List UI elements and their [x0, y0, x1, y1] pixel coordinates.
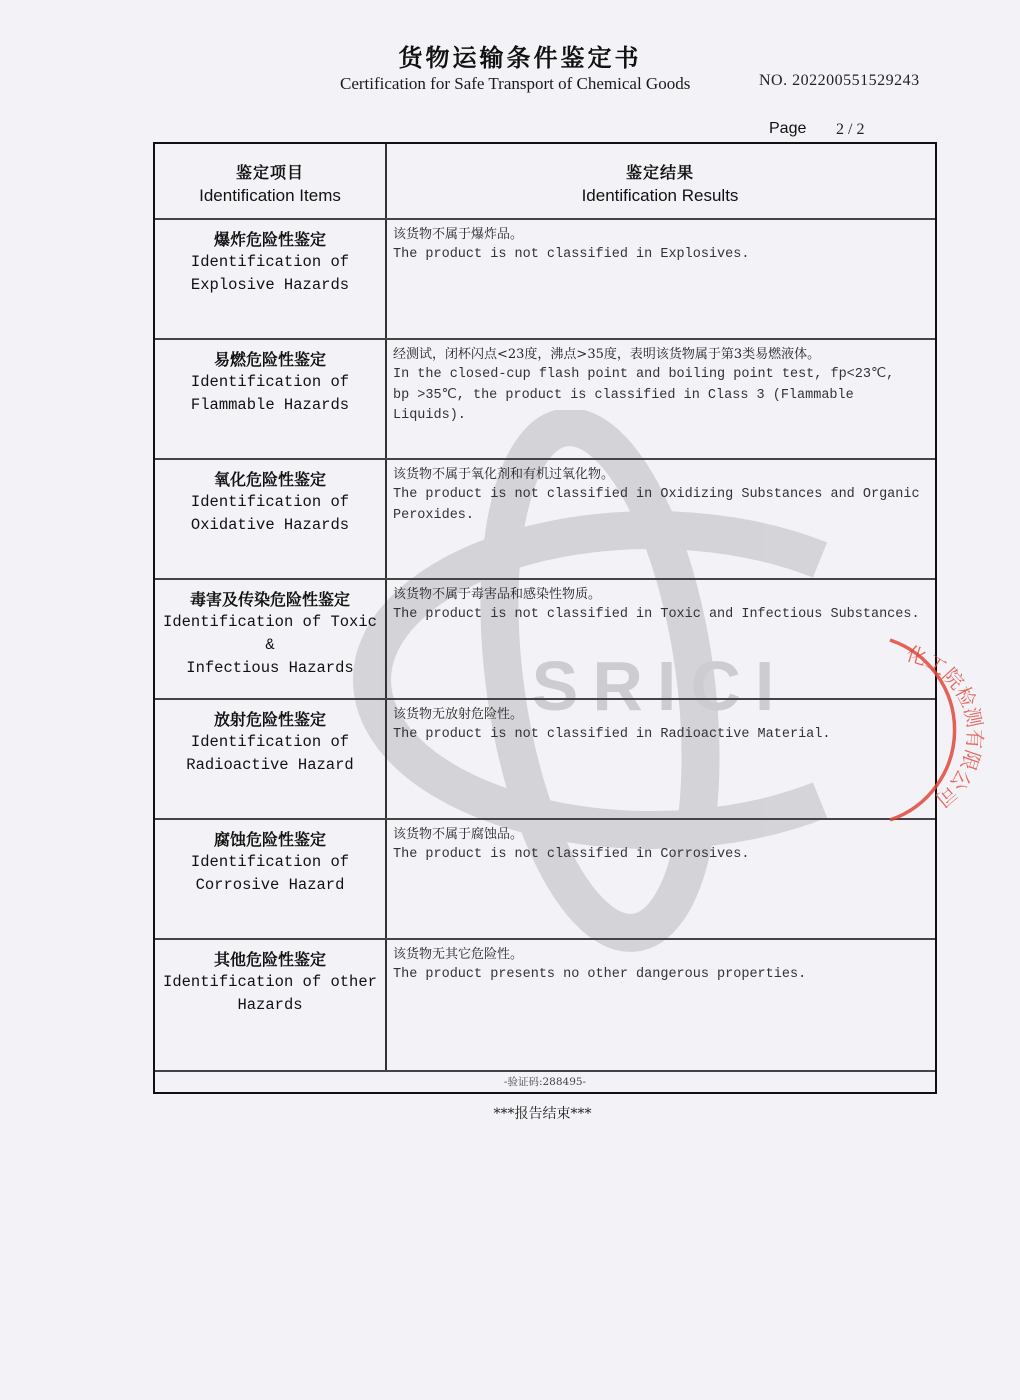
- verification-code: -验证码:288495-: [155, 1074, 935, 1089]
- item-name-en: Identification of other: [155, 971, 385, 994]
- page-number: 2 / 2: [836, 121, 864, 139]
- result-text-cn: 经测试，闭杯闪点<23度，沸点>35度，表明该货物属于第3类易燃液体。: [393, 344, 933, 365]
- item-name-en: Infectious Hazards: [155, 657, 385, 680]
- item-name-cn: 腐蚀危险性鉴定: [155, 829, 385, 851]
- row-divider: [155, 698, 935, 700]
- table-row-item: 氧化危险性鉴定Identification ofOxidative Hazard…: [155, 469, 385, 537]
- item-name-cn: 爆炸危险性鉴定: [155, 229, 385, 251]
- result-text-en: The product is not classified in Toxic a…: [393, 605, 933, 626]
- item-name-en: Identification of: [155, 371, 385, 394]
- row-divider: [155, 818, 935, 820]
- item-name-en: Hazards: [155, 994, 385, 1017]
- table-row-item: 其他危险性鉴定Identification of otherHazards: [155, 949, 385, 1017]
- table-row-result: 该货物无其它危险性。The product presents no other …: [393, 944, 933, 986]
- result-text-en: Peroxides.: [393, 506, 933, 527]
- item-name-en: Identification of Toxic &: [155, 611, 385, 657]
- table-row-item: 爆炸危险性鉴定Identification ofExplosive Hazard…: [155, 229, 385, 297]
- item-name-cn: 氧化危险性鉴定: [155, 469, 385, 491]
- row-divider: [155, 578, 935, 580]
- item-name-cn: 毒害及传染危险性鉴定: [155, 589, 385, 611]
- table-row-result: 该货物不属于毒害品和感染性物质。The product is not class…: [393, 584, 933, 626]
- item-name-en: Oxidative Hazards: [155, 514, 385, 537]
- item-name-en: Identification of: [155, 251, 385, 274]
- result-text-cn: 该货物不属于毒害品和感染性物质。: [393, 584, 933, 605]
- page-label: Page: [769, 120, 806, 138]
- certificate-number: NO. 202200551529243: [759, 72, 920, 90]
- row-divider: [155, 218, 935, 220]
- identification-table: 鉴定项目 Identification Items 鉴定结果 Identific…: [153, 142, 937, 1094]
- header-identification-results: 鉴定结果 Identification Results: [385, 160, 935, 206]
- item-name-en: Radioactive Hazard: [155, 754, 385, 777]
- item-name-cn: 其他危险性鉴定: [155, 949, 385, 971]
- result-text-en: The product is not classified in Explosi…: [393, 245, 933, 266]
- certificate-page: SRICI 货物运输条件鉴定书 Certification for Safe T…: [0, 0, 1020, 1400]
- table-row-result: 该货物无放射危险性。The product is not classified …: [393, 704, 933, 746]
- item-name-en: Flammable Hazards: [155, 394, 385, 417]
- table-row-result: 该货物不属于腐蚀品。The product is not classified …: [393, 824, 933, 866]
- result-text-en: The product presents no other dangerous …: [393, 965, 933, 986]
- table-row-result: 该货物不属于氧化剂和有机过氧化物。The product is not clas…: [393, 464, 933, 526]
- item-name-en: Corrosive Hazard: [155, 874, 385, 897]
- row-divider: [155, 458, 935, 460]
- table-row-item: 易燃危险性鉴定Identification ofFlammable Hazard…: [155, 349, 385, 417]
- result-text-en: The product is not classified in Corrosi…: [393, 845, 933, 866]
- table-row-result: 经测试，闭杯闪点<23度，沸点>35度，表明该货物属于第3类易燃液体。In th…: [393, 344, 933, 427]
- result-text-cn: 该货物无其它危险性。: [393, 944, 933, 965]
- result-text-en: bp >35℃, the product is classified in Cl…: [393, 386, 933, 427]
- result-text-cn: 该货物无放射危险性。: [393, 704, 933, 725]
- header-identification-items: 鉴定项目 Identification Items: [155, 160, 385, 206]
- result-text-en: In the closed-cup flash point and boilin…: [393, 365, 933, 386]
- document-title-en: Certification for Safe Transport of Chem…: [340, 74, 690, 94]
- item-name-cn: 易燃危险性鉴定: [155, 349, 385, 371]
- document-title-cn: 货物运输条件鉴定书: [0, 38, 1020, 73]
- item-name-en: Identification of: [155, 851, 385, 874]
- table-row-item: 放射危险性鉴定Identification ofRadioactive Haza…: [155, 709, 385, 777]
- item-name-en: Identification of: [155, 731, 385, 754]
- item-name-en: Identification of: [155, 491, 385, 514]
- column-divider: [385, 144, 387, 1071]
- result-text-cn: 该货物不属于爆炸品。: [393, 224, 933, 245]
- report-end-mark: ***报告结束***: [0, 1103, 1020, 1123]
- table-row-item: 腐蚀危险性鉴定Identification ofCorrosive Hazard: [155, 829, 385, 897]
- table-row-result: 该货物不属于爆炸品。The product is not classified …: [393, 224, 933, 266]
- row-divider: [155, 938, 935, 940]
- item-name-en: Explosive Hazards: [155, 274, 385, 297]
- result-text-en: The product is not classified in Oxidizi…: [393, 485, 933, 506]
- result-text-en: The product is not classified in Radioac…: [393, 725, 933, 746]
- row-divider: [155, 1070, 935, 1072]
- result-text-cn: 该货物不属于氧化剂和有机过氧化物。: [393, 464, 933, 485]
- table-row-item: 毒害及传染危险性鉴定Identification of Toxic &Infec…: [155, 589, 385, 680]
- item-name-cn: 放射危险性鉴定: [155, 709, 385, 731]
- result-text-cn: 该货物不属于腐蚀品。: [393, 824, 933, 845]
- row-divider: [155, 338, 935, 340]
